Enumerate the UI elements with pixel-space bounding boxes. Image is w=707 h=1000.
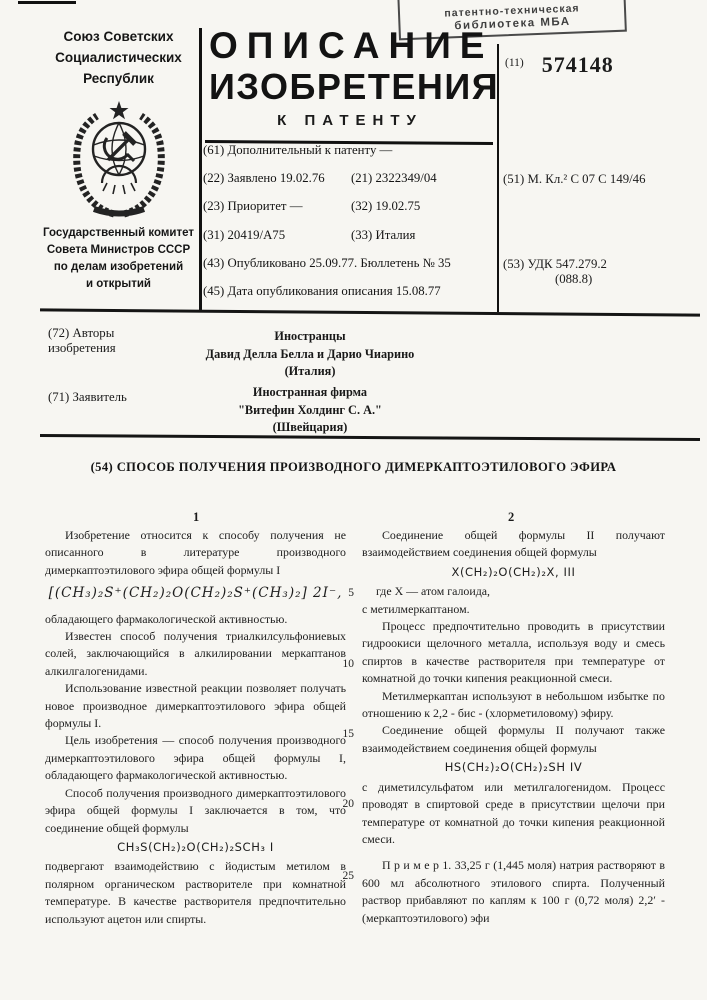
authors-line: (Италия)	[130, 363, 490, 381]
udk-line2: (088.8)	[555, 272, 607, 287]
document-title-line3: К ПАТЕНТУ	[209, 112, 491, 129]
udk-line1: (53) УДК 547.279.2	[503, 257, 607, 272]
authors-line: Иностранцы	[130, 328, 490, 346]
header-left-column: Союз Советских Социалистических Республи…	[40, 26, 197, 293]
star-icon	[109, 101, 128, 119]
column-1-number: 1	[193, 510, 199, 525]
country-name: Союз Советских Социалистических Республи…	[40, 26, 197, 89]
document-title-line2: ИЗОБРЕТЕНИЯ	[209, 66, 491, 108]
field-row: (31) 20419/А75 (33) Италия	[203, 228, 495, 256]
body-paragraph: где X — атом галоида,	[362, 583, 665, 600]
patent-document-page: патентно-техническая библиотека МБА Союз…	[0, 0, 707, 1000]
country-line: Республик	[40, 68, 197, 89]
applicant-label: (71) Заявитель	[48, 390, 127, 405]
body-column-2: Соединение общей формулы II получают вза…	[362, 527, 665, 927]
line-number-25: 25	[330, 870, 354, 882]
vertical-divider-left	[199, 28, 202, 312]
line-number-5: 5	[330, 587, 354, 599]
body-paragraph: с диметилсульфатом или метилгалогенидом.…	[362, 779, 665, 849]
field-32: (32) 19.02.75	[351, 199, 420, 214]
field-row: (45) Дата опубликования описания 15.08.7…	[203, 284, 495, 312]
field-31: (31) 20419/А75	[203, 228, 285, 242]
applicant-line: "Витефин Холдинг С. А."	[130, 402, 490, 420]
chemical-formula-I: CH₃S(CH₂)₂O(CH₂)₂SCH₃ I	[45, 837, 346, 858]
horizontal-rule-bottom	[40, 434, 700, 441]
committee-line: и открытий	[40, 276, 197, 293]
line-number-20: 20	[330, 798, 354, 810]
chemical-formula-IV: HS(CH₂)₂O(CH₂)₂SH IV	[362, 757, 665, 778]
field-21: (21) 2322349/04	[351, 171, 437, 186]
authors-line: Давид Делла Белла и Дарио Чиарино	[130, 346, 490, 364]
authors-value: Иностранцы Давид Делла Белла и Дарио Чиа…	[130, 328, 490, 381]
committee-line: Государственный комитет	[40, 225, 197, 242]
applicant-value: Иностранная фирма "Витефин Холдинг С. А.…	[130, 384, 490, 437]
field-row: (22) Заявлено 19.02.76 (21) 2322349/04	[203, 171, 495, 199]
committee-line: по делам изобретений	[40, 259, 197, 276]
body-paragraph: Метилмеркаптан используют в небольшом из…	[362, 688, 665, 723]
body-paragraph: Цель изобретения — способ получения прои…	[45, 732, 346, 784]
body-paragraph: Известен способ получения триалкилсульфо…	[45, 628, 346, 680]
classification-field: (51) М. Кл.² С 07 С 149/46	[503, 172, 645, 187]
publication-number-code: (11)	[505, 57, 524, 69]
udk-field: (53) УДК 547.279.2 (088.8)	[503, 257, 607, 287]
body-paragraph: Способ получения производного димеркапто…	[45, 785, 346, 837]
field-23: (23) Приоритет —	[203, 199, 303, 213]
field-row: (43) Опубликовано 25.09.77. Бюллетень № …	[203, 256, 495, 284]
body-paragraph: Соединение общей формулы II получают так…	[362, 722, 665, 757]
body-paragraph: Соединение общей формулы II получают вза…	[362, 527, 665, 562]
body-paragraph: Процесс предпочтительно проводить в прис…	[362, 618, 665, 688]
body-paragraph: Изобретение относится к способу получени…	[45, 527, 346, 579]
chemical-formula-III: X(CH₂)₂O(CH₂)₂X, III	[362, 562, 665, 583]
ussr-coat-of-arms-icon	[63, 97, 175, 219]
body-column-1: Изобретение относится к способу получени…	[45, 527, 346, 928]
publication-number: (11) 574148	[505, 52, 614, 78]
publication-number-value: 574148	[542, 52, 614, 77]
field-33: (33) Италия	[351, 228, 415, 243]
hammer-and-sickle-icon	[104, 133, 135, 161]
committee-line: Совета Министров СССР	[40, 242, 197, 259]
line-number-10: 10	[330, 658, 354, 670]
field-row: (23) Приоритет — (32) 19.02.75	[203, 199, 495, 227]
country-line: Союз Советских	[40, 26, 197, 47]
column-2-number: 2	[508, 510, 514, 525]
invention-title: (54) СПОСОБ ПОЛУЧЕНИЯ ПРОИЗВОДНОГО ДИМЕР…	[40, 460, 667, 475]
field-22: (22) Заявлено 19.02.76	[203, 171, 325, 185]
field-row: (61) Дополнительный к патенту —	[203, 143, 495, 171]
scan-artifact-line	[18, 1, 76, 4]
field-45: (45) Дата опубликования описания 15.08.7…	[203, 284, 441, 298]
bibliographic-fields: (61) Дополнительный к патенту — (22) Зая…	[203, 143, 495, 312]
document-title: ОПИСАНИЕ ИЗОБРЕТЕНИЯ К ПАТЕНТУ	[209, 26, 491, 129]
body-paragraph: с метилмеркаптаном.	[362, 601, 665, 618]
body-paragraph: Использование известной реакции позволяе…	[45, 680, 346, 732]
document-title-line1: ОПИСАНИЕ	[209, 26, 491, 66]
field-61: (61) Дополнительный к патенту —	[203, 143, 392, 157]
field-43: (43) Опубликовано 25.09.77. Бюллетень № …	[203, 256, 451, 270]
chemical-formula-I-salt: [(CH₃)₂S⁺(CH₂)₂O(CH₂)₂S⁺(CH₃)₂] 2I⁻,	[45, 579, 346, 610]
country-line: Социалистических	[40, 47, 197, 68]
body-paragraph: подвергают взаимодействию с йодистым мет…	[45, 858, 346, 928]
authors-label: (72) Авторы изобретения	[48, 326, 116, 356]
committee-name: Государственный комитет Совета Министров…	[40, 225, 197, 293]
applicant-line: Иностранная фирма	[130, 384, 490, 402]
example-paragraph: П р и м е р 1. 33,25 г (1,445 моля) натр…	[362, 857, 665, 927]
line-number-15: 15	[330, 728, 354, 740]
body-paragraph: обладающего фармакологической активность…	[45, 611, 346, 628]
